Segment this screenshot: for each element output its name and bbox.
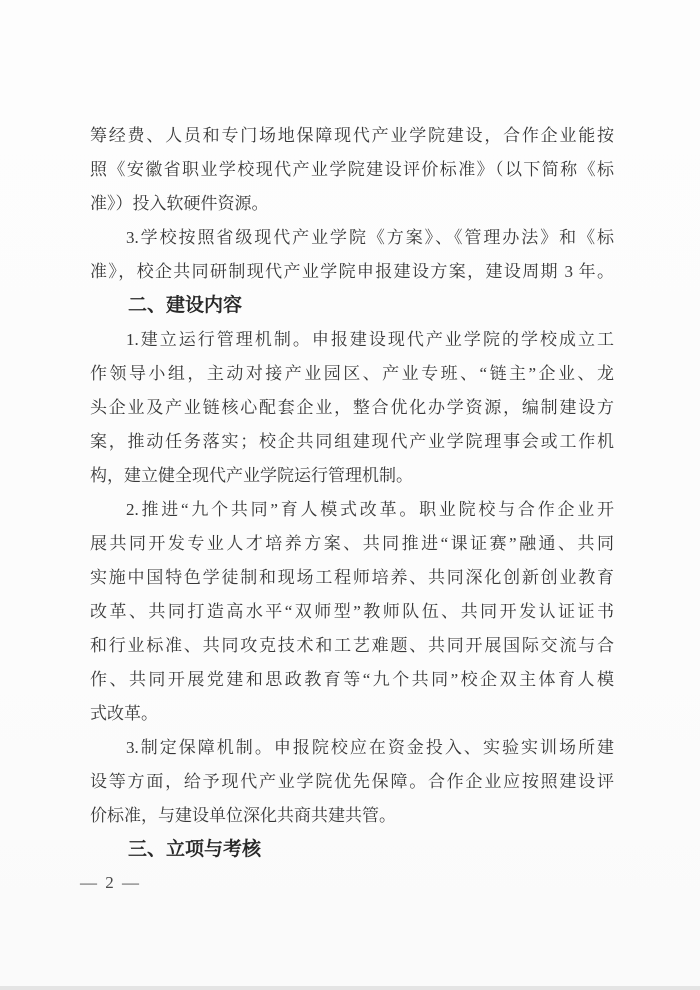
text-line: 改革、共同打造高水平“双师型”教师队伍、共同开发认证证书 — [90, 595, 614, 629]
text-line: 筹经费、人员和专门场地保障现代产业学院建设，合作企业能按 — [90, 119, 614, 153]
text-line: 展共同开发专业人才培养方案、共同推进“课证赛”融通、共同 — [90, 527, 614, 561]
text-line: 准》）投入软硬件资源。 — [90, 187, 614, 221]
text-line: 照《安徽省职业学校现代产业学院建设评价标准》（以下简称《标 — [90, 153, 614, 187]
text-line: 2.推进“九个共同”育人模式改革。职业院校与合作企业开 — [90, 493, 614, 527]
page-number: — 2 — — [80, 871, 141, 895]
text-line: 3.制定保障机制。申报院校应在资金投入、实验实训场所建 — [90, 731, 614, 765]
document-text-block: 筹经费、人员和专门场地保障现代产业学院建设，合作企业能按照《安徽省职业学校现代产… — [90, 119, 614, 867]
text-line: 3.学校按照省级现代产业学院《方案》、《管理办法》和《标 — [90, 221, 614, 255]
text-line: 和行业标准、共同攻克技术和工艺难题、共同开展国际交流与合 — [90, 629, 614, 663]
section-heading: 三、立项与考核 — [90, 833, 614, 867]
text-line: 作、共同开展党建和思政教育等“九个共同”校企双主体育人模 — [90, 663, 614, 697]
scan-bottom-edge — [0, 986, 700, 990]
document-page: 筹经费、人员和专门场地保障现代产业学院建设，合作企业能按照《安徽省职业学校现代产… — [0, 0, 700, 990]
text-line: 实施中国特色学徒制和现场工程师培养、共同深化创新创业教育 — [90, 561, 614, 595]
text-line: 准》，校企共同研制现代产业学院申报建设方案，建设周期 3 年。 — [90, 255, 614, 289]
section-heading: 二、建设内容 — [90, 289, 614, 323]
text-line: 价标准，与建设单位深化共商共建共管。 — [90, 799, 614, 833]
text-line: 作领导小组，主动对接产业园区、产业专班、“链主”企业、龙 — [90, 357, 614, 391]
text-line: 式改革。 — [90, 697, 614, 731]
text-line: 1.建立运行管理机制。申报建设现代产业学院的学校成立工 — [90, 323, 614, 357]
text-line: 构，建立健全现代产业学院运行管理机制。 — [90, 459, 614, 493]
text-line: 案，推动任务落实；校企共同组建现代产业学院理事会或工作机 — [90, 425, 614, 459]
text-line: 头企业及产业链核心配套企业，整合优化办学资源，编制建设方 — [90, 391, 614, 425]
text-line: 设等方面，给予现代产业学院优先保障。合作企业应按照建设评 — [90, 765, 614, 799]
